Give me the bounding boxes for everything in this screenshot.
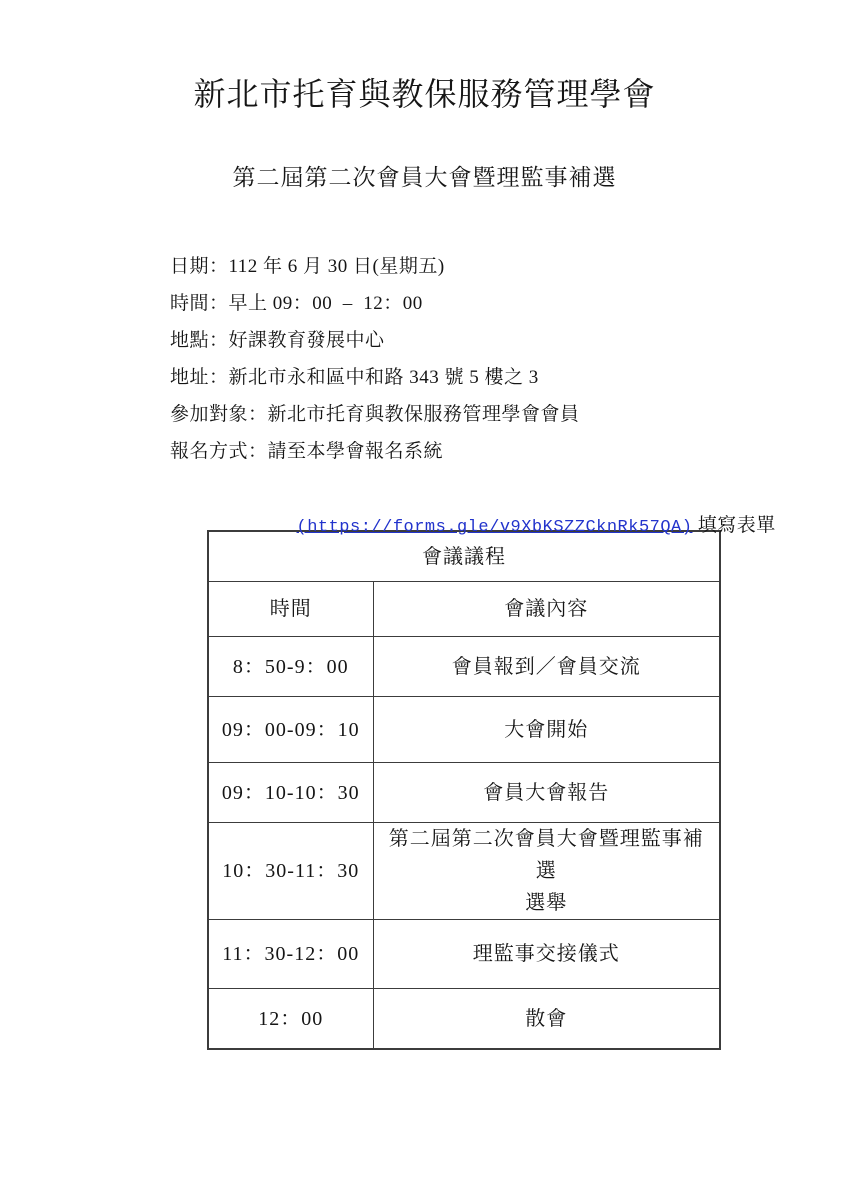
info-line-date: 日期：112 年 6 月 30 日(星期五) — [170, 248, 849, 285]
agenda-row: 8：50-9：00 會員報到／會員交流 — [208, 637, 720, 697]
agenda-time-cell: 11：30-12：00 — [208, 920, 373, 989]
agenda-content-cell: 散會 — [373, 989, 720, 1049]
info-line-participants: 參加對象：新北市托育與教保服務管理學會會員 — [170, 396, 849, 433]
info-line-location: 地點：好課教育發展中心 — [170, 322, 849, 359]
event-info-block: 日期：112 年 6 月 30 日(星期五) 時間：早上 09：00 – 12：… — [170, 248, 849, 507]
agenda-content-cell: 會員報到／會員交流 — [373, 637, 720, 697]
agenda-header-row: 時間 會議內容 — [208, 582, 720, 637]
document-page: 新北市托育與教保服務管理學會 第二屆第二次會員大會暨理監事補選 日期：112 年… — [0, 0, 849, 1200]
agenda-row: 09：00-09：10 大會開始 — [208, 697, 720, 763]
agenda-table: 會議議程 時間 會議內容 8：50-9：00 會員報到／會員交流 09：00-0… — [207, 530, 721, 1050]
info-line-time: 時間：早上 09：00 – 12：00 — [170, 285, 849, 322]
agenda-time-cell: 10：30-11：30 — [208, 823, 373, 920]
info-line-registration-method: 報名方式：請至本學會報名系統 — [170, 433, 849, 470]
agenda-header-content: 會議內容 — [373, 582, 720, 637]
agenda-content-cell: 會員大會報告 — [373, 763, 720, 823]
agenda-header-time: 時間 — [208, 582, 373, 637]
agenda-row: 09：10-10：30 會員大會報告 — [208, 763, 720, 823]
agenda-content-cell: 第二屆第二次會員大會暨理監事補選 選舉 — [373, 823, 720, 920]
registration-form-link[interactable]: (https://forms.gle/v9XbKSZZCknRk57QA) — [297, 518, 693, 537]
agenda-time-cell: 09：00-09：10 — [208, 697, 373, 763]
registration-link-line: (https://forms.gle/v9XbKSZZCknRk57QA) 填寫… — [170, 470, 849, 507]
agenda-time-cell: 09：10-10：30 — [208, 763, 373, 823]
agenda-time-cell: 8：50-9：00 — [208, 637, 373, 697]
agenda-row: 12：00 散會 — [208, 989, 720, 1049]
agenda-content-cell: 大會開始 — [373, 697, 720, 763]
agenda-content-cell: 理監事交接儀式 — [373, 920, 720, 989]
agenda-row: 11：30-12：00 理監事交接儀式 — [208, 920, 720, 989]
info-line-address: 地址：新北市永和區中和路 343 號 5 樓之 3 — [170, 359, 849, 396]
agenda-row: 10：30-11：30 第二屆第二次會員大會暨理監事補選 選舉 — [208, 823, 720, 920]
registration-link-suffix: 填寫表單 — [692, 515, 775, 536]
page-title: 新北市托育與教保服務管理學會 — [0, 0, 849, 113]
agenda-time-cell: 12：00 — [208, 989, 373, 1049]
page-subtitle: 第二屆第二次會員大會暨理監事補選 — [0, 159, 849, 192]
